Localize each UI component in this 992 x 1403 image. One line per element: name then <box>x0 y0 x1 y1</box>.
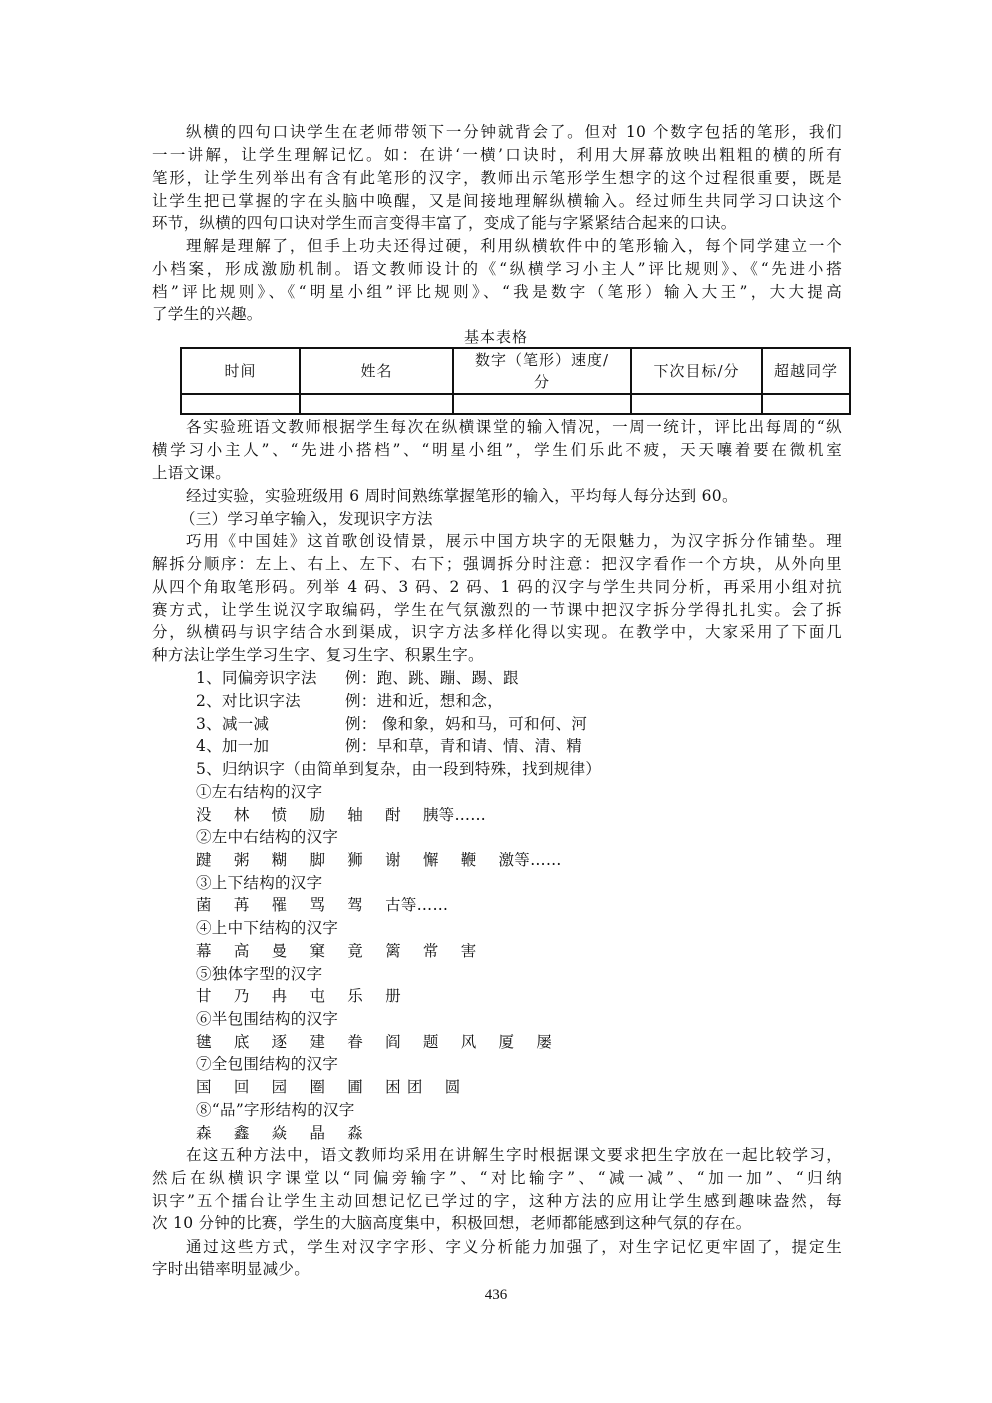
char: 菌 <box>196 894 212 916</box>
text-line: 纵横的四句口诀学生在老师带领下一分钟就背会了。但对 10 个数字包括的笔形，我们 <box>186 121 842 143</box>
structure-title: ③上下结构的汉字 <box>196 872 322 894</box>
text-line: 种方法让学生学习生字、复习生字、积累生字。 <box>152 644 842 666</box>
text-line: 笔形，让学生列举出有含有此笔形的汉字，教师出示笔形学生想字的这个过程很重要，既是 <box>152 167 842 189</box>
char: 团 <box>407 1076 423 1098</box>
char: 林 <box>234 804 250 826</box>
char: 淼 <box>347 1122 363 1144</box>
char: 晶 <box>309 1122 325 1144</box>
char: 驾 <box>347 894 363 916</box>
char: 屯 <box>309 985 325 1007</box>
char: 底 <box>234 1031 250 1053</box>
char: 屡 <box>536 1031 552 1053</box>
char: 森 <box>196 1122 212 1144</box>
char: 困 <box>385 1076 401 1098</box>
char: 冉 <box>272 985 288 1007</box>
char: 建 <box>309 1031 325 1053</box>
structure-chars: 森鑫焱晶淼 <box>196 1122 385 1144</box>
char: 粥 <box>234 849 250 871</box>
char: 激等…… <box>499 849 562 871</box>
text-line: 让学生把已掌握的字在头脑中唤醒，又是间接地理解纵横输入。经过师生共同学习口诀这个 <box>152 190 842 212</box>
char: 骂 <box>309 894 325 916</box>
char: 谢 <box>385 849 401 871</box>
structure-chars: 甘乃冉屯乐册 <box>196 985 423 1007</box>
structure-title: ④上中下结构的汉字 <box>196 917 338 939</box>
text-line: 解拆分顺序：左上、右上、左下、右下；强调拆分时注意：把汉字看作一个方块，从外向里 <box>152 553 842 575</box>
structure-chars: 没林愤励轴酎胰等…… <box>196 804 508 826</box>
structure-title: ⑥半包围结构的汉字 <box>196 1008 338 1030</box>
page-number: 436 <box>0 1287 992 1304</box>
char: 圃 <box>347 1076 363 1098</box>
char: 竟 <box>347 940 363 962</box>
char: 古等…… <box>385 894 448 916</box>
char: 风 <box>461 1031 477 1053</box>
text-line: 各实验班语文教师根据学生每次在纵横课堂的输入情况，一周一统计，评比出每周的“纵 <box>186 416 842 438</box>
structure-chars: 国回园圈圃困团圆 <box>196 1076 483 1098</box>
char: 幕 <box>196 940 212 962</box>
text-line: 了学生的兴趣。 <box>152 303 842 325</box>
char: 甘 <box>196 985 212 1007</box>
char: 鑫 <box>234 1122 250 1144</box>
table-header-cell: 姓名 <box>300 348 453 394</box>
char: 乐 <box>347 985 363 1007</box>
table-cell <box>453 394 631 414</box>
char: 懈 <box>423 849 439 871</box>
method-example: 例： 像和象，妈和马，可和何、河 <box>345 713 587 735</box>
text-line: 横学习小主人”、“先进小搭档”、“明星小组”，学生们乐此不疲，天天嚷着要在微机室 <box>152 439 842 461</box>
char: 苒 <box>234 894 250 916</box>
table-row <box>181 394 850 414</box>
char: 脚 <box>309 849 325 871</box>
structure-title: ⑧“品”字形结构的汉字 <box>196 1099 355 1121</box>
text-line: 在这五种方法中，语文教师均采用在讲解生字时根据课文要求把生字放在一起比较学习， <box>186 1144 842 1166</box>
char: 园 <box>272 1076 288 1098</box>
char: 轴 <box>347 804 363 826</box>
char: 没 <box>196 804 212 826</box>
structure-chars: 幕高曼窠竟篱常害 <box>196 940 499 962</box>
text-line: 然后在纵横识字课堂以“同偏旁输字”、“对比输字”、“减一减”、“加一加”、“归纳 <box>152 1167 842 1189</box>
method-name: 1、同偏旁识字法 <box>196 667 317 689</box>
char: 窠 <box>309 940 325 962</box>
char: 逐 <box>272 1031 288 1053</box>
char: 毽 <box>196 1031 212 1053</box>
text-line: 从四个角取笔形码。列举 4 码、3 码、2 码、1 码的汉字与学生共同分析，再采… <box>152 576 842 598</box>
method-name: 3、减一减 <box>196 713 269 735</box>
char: 害 <box>461 940 477 962</box>
char: 乃 <box>234 985 250 1007</box>
char: 酎 <box>385 804 401 826</box>
basic-table: 时间 姓名 数字（笔形）速度/ 分 下次目标/分 超越同学 <box>180 347 851 415</box>
char: 高 <box>234 940 250 962</box>
method-example: 例：进和近，想和念， <box>345 690 503 712</box>
method-name: 5、归纳识字（由简单到复杂，由一段到特殊，找到规律） <box>196 758 601 780</box>
char: 圈 <box>309 1076 325 1098</box>
method-example: 例：跑、跳、蹦、踢、跟 <box>345 667 519 689</box>
text-line: 一一讲解，让学生理解记忆。如：在讲‘一横’口诀时，利用大屏幕放映出粗粗的横的所有 <box>152 144 842 166</box>
table-header-row: 时间 姓名 数字（笔形）速度/ 分 下次目标/分 超越同学 <box>181 348 850 394</box>
method-name: 2、对比识字法 <box>196 690 301 712</box>
header-line-1: 数字（笔形）速度/ <box>458 349 626 371</box>
char: 圆 <box>445 1076 461 1098</box>
text-line: 次 10 分钟的比赛，学生的大脑高度集中，积极回想，老师都能感到这种气氛的存在。 <box>152 1212 842 1234</box>
text-line: 小档案，形成激励机制。语文教师设计的《“纵横学习小主人”评比规则》、《“先进小搭 <box>152 258 842 280</box>
structure-title: ②左中右结构的汉字 <box>196 826 338 848</box>
char: 罹 <box>272 894 288 916</box>
char: 鞭 <box>461 849 477 871</box>
table-cell <box>762 394 850 414</box>
table-header-cell: 下次目标/分 <box>631 348 762 394</box>
char: 眷 <box>347 1031 363 1053</box>
char: 常 <box>423 940 439 962</box>
char: 糊 <box>272 849 288 871</box>
char: 踺 <box>196 849 212 871</box>
section-heading: （三）学习单字输入，发现识字方法 <box>180 508 433 530</box>
table-header-cell: 时间 <box>181 348 300 394</box>
method-name: 4、加一加 <box>196 735 269 757</box>
char: 题 <box>423 1031 439 1053</box>
text-line: 理解是理解了，但手上功夫还得过硬，利用纵横软件中的笔形输入，每个同学建立一个 <box>186 235 842 257</box>
header-line-2: 分 <box>458 371 626 393</box>
text-line: 字时出错率明显减少。 <box>152 1258 842 1280</box>
text-line: 巧用《中国娃》这首歌创设情景，展示中国方块字的无限魅力，为汉字拆分作铺垫。理 <box>186 530 842 552</box>
text-line: 环节，纵横的四句口诀对学生而言变得丰富了，变成了能与字紧紧结合起来的口诀。 <box>152 212 842 234</box>
document-page: 纵横的四句口诀学生在老师带领下一分钟就背会了。但对 10 个数字包括的笔形，我们… <box>0 0 992 1403</box>
structure-chars: 菌苒罹骂驾古等…… <box>196 894 470 916</box>
char: 愤 <box>272 804 288 826</box>
text-line: 识字”五个擂台让学生主动回想记忆已学过的字，这种方法的应用让学生感到趣味盎然，每 <box>152 1190 842 1212</box>
paragraph-4: 经过实验，实验班级用 6 周时间熟练掌握笔形的输入，平均每人每分达到 60。 <box>186 485 738 507</box>
method-example: 例：早和草，青和请、情、清、精 <box>345 735 582 757</box>
structure-chars: 毽底逐建眷阎题风厦屡 <box>196 1031 574 1053</box>
text-line: 分，纵横码与识字结合水到渠成，识字方法多样化得以实现。在教学中，大家采用了下面几 <box>152 621 842 643</box>
char: 回 <box>234 1076 250 1098</box>
text-line: 赛方式，让学生说汉字取编码，学生在气氛激烈的一节课中把汉字拆分学得扎扎实。会了拆 <box>152 599 842 621</box>
table-cell <box>181 394 300 414</box>
text-line: 上语文课。 <box>152 462 842 484</box>
char: 厦 <box>499 1031 515 1053</box>
structure-chars: 踺粥糊脚狮谢懈鞭激等…… <box>196 849 584 871</box>
table-header-cell: 超越同学 <box>762 348 850 394</box>
table-cell <box>631 394 762 414</box>
table-header-cell: 数字（笔形）速度/ 分 <box>453 348 631 394</box>
char: 国 <box>196 1076 212 1098</box>
char: 狮 <box>347 849 363 871</box>
table-cell <box>300 394 453 414</box>
char: 篱 <box>385 940 401 962</box>
char: 阎 <box>385 1031 401 1053</box>
char: 册 <box>385 985 401 1007</box>
char: 胰等…… <box>423 804 486 826</box>
char: 励 <box>309 804 325 826</box>
char: 焱 <box>272 1122 288 1144</box>
table-caption: 基本表格 <box>0 326 992 347</box>
structure-title: ⑤独体字型的汉字 <box>196 963 322 985</box>
char: 曼 <box>272 940 288 962</box>
structure-title: ①左右结构的汉字 <box>196 781 322 803</box>
text-line: 通过这些方式，学生对汉字字形、字义分析能力加强了，对生字记忆更牢固了，提定生 <box>186 1236 842 1258</box>
text-line: 档”评比规则》、《“明星小组”评比规则》、“我是数字（笔形）输入大王”，大大提高 <box>152 281 842 303</box>
structure-title: ⑦全包围结构的汉字 <box>196 1053 338 1075</box>
